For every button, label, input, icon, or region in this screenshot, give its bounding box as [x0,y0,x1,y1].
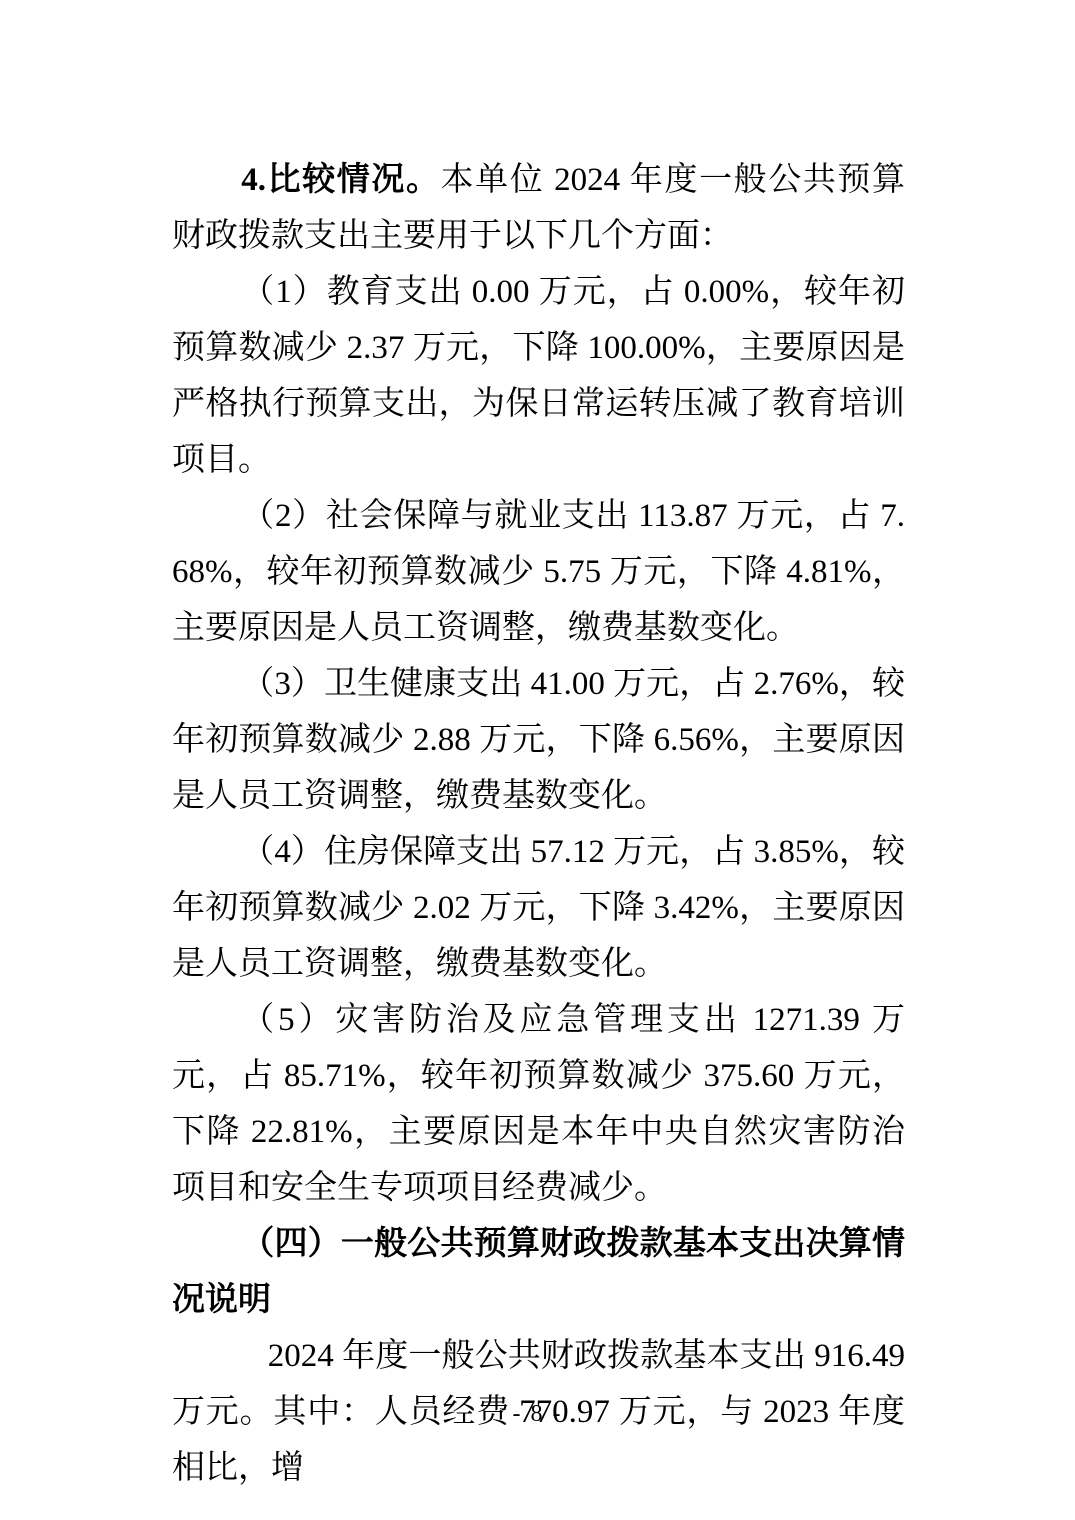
expense-item-education: （1）教育支出 0.00 万元，占 0.00%，较年初预算数减少 2.37 万元… [172,264,905,488]
expense-item-housing: （4）住房保障支出 57.12 万元，占 3.85%，较年初预算数减少 2.02… [172,824,905,992]
section-4-title: 4.比较情况。 [241,162,440,198]
expense-item-health: （3）卫生健康支出 41.00 万元，占 2.76%，较年初预算数减少 2.88… [172,656,905,824]
expense-item-disaster-prevention: （5）灾害防治及应急管理支出 1271.39 万元，占 85.71%，较年初预算… [172,992,905,1216]
page-number: - 8 - [0,1398,1075,1430]
section-4-paragraph: 4.比较情况。本单位 2024 年度一般公共预算财政拨款支出主要用于以下几个方面… [172,152,905,264]
expense-item-social-security: （2）社会保障与就业支出 113.87 万元，占 7.68%，较年初预算数减少 … [172,488,905,656]
document-page: 4.比较情况。本单位 2024 年度一般公共预算财政拨款支出主要用于以下几个方面… [0,0,1075,1520]
page-content: 4.比较情况。本单位 2024 年度一般公共预算财政拨款支出主要用于以下几个方面… [172,152,905,1496]
section-four-heading: （四）一般公共预算财政拨款基本支出决算情况说明 [172,1216,905,1328]
